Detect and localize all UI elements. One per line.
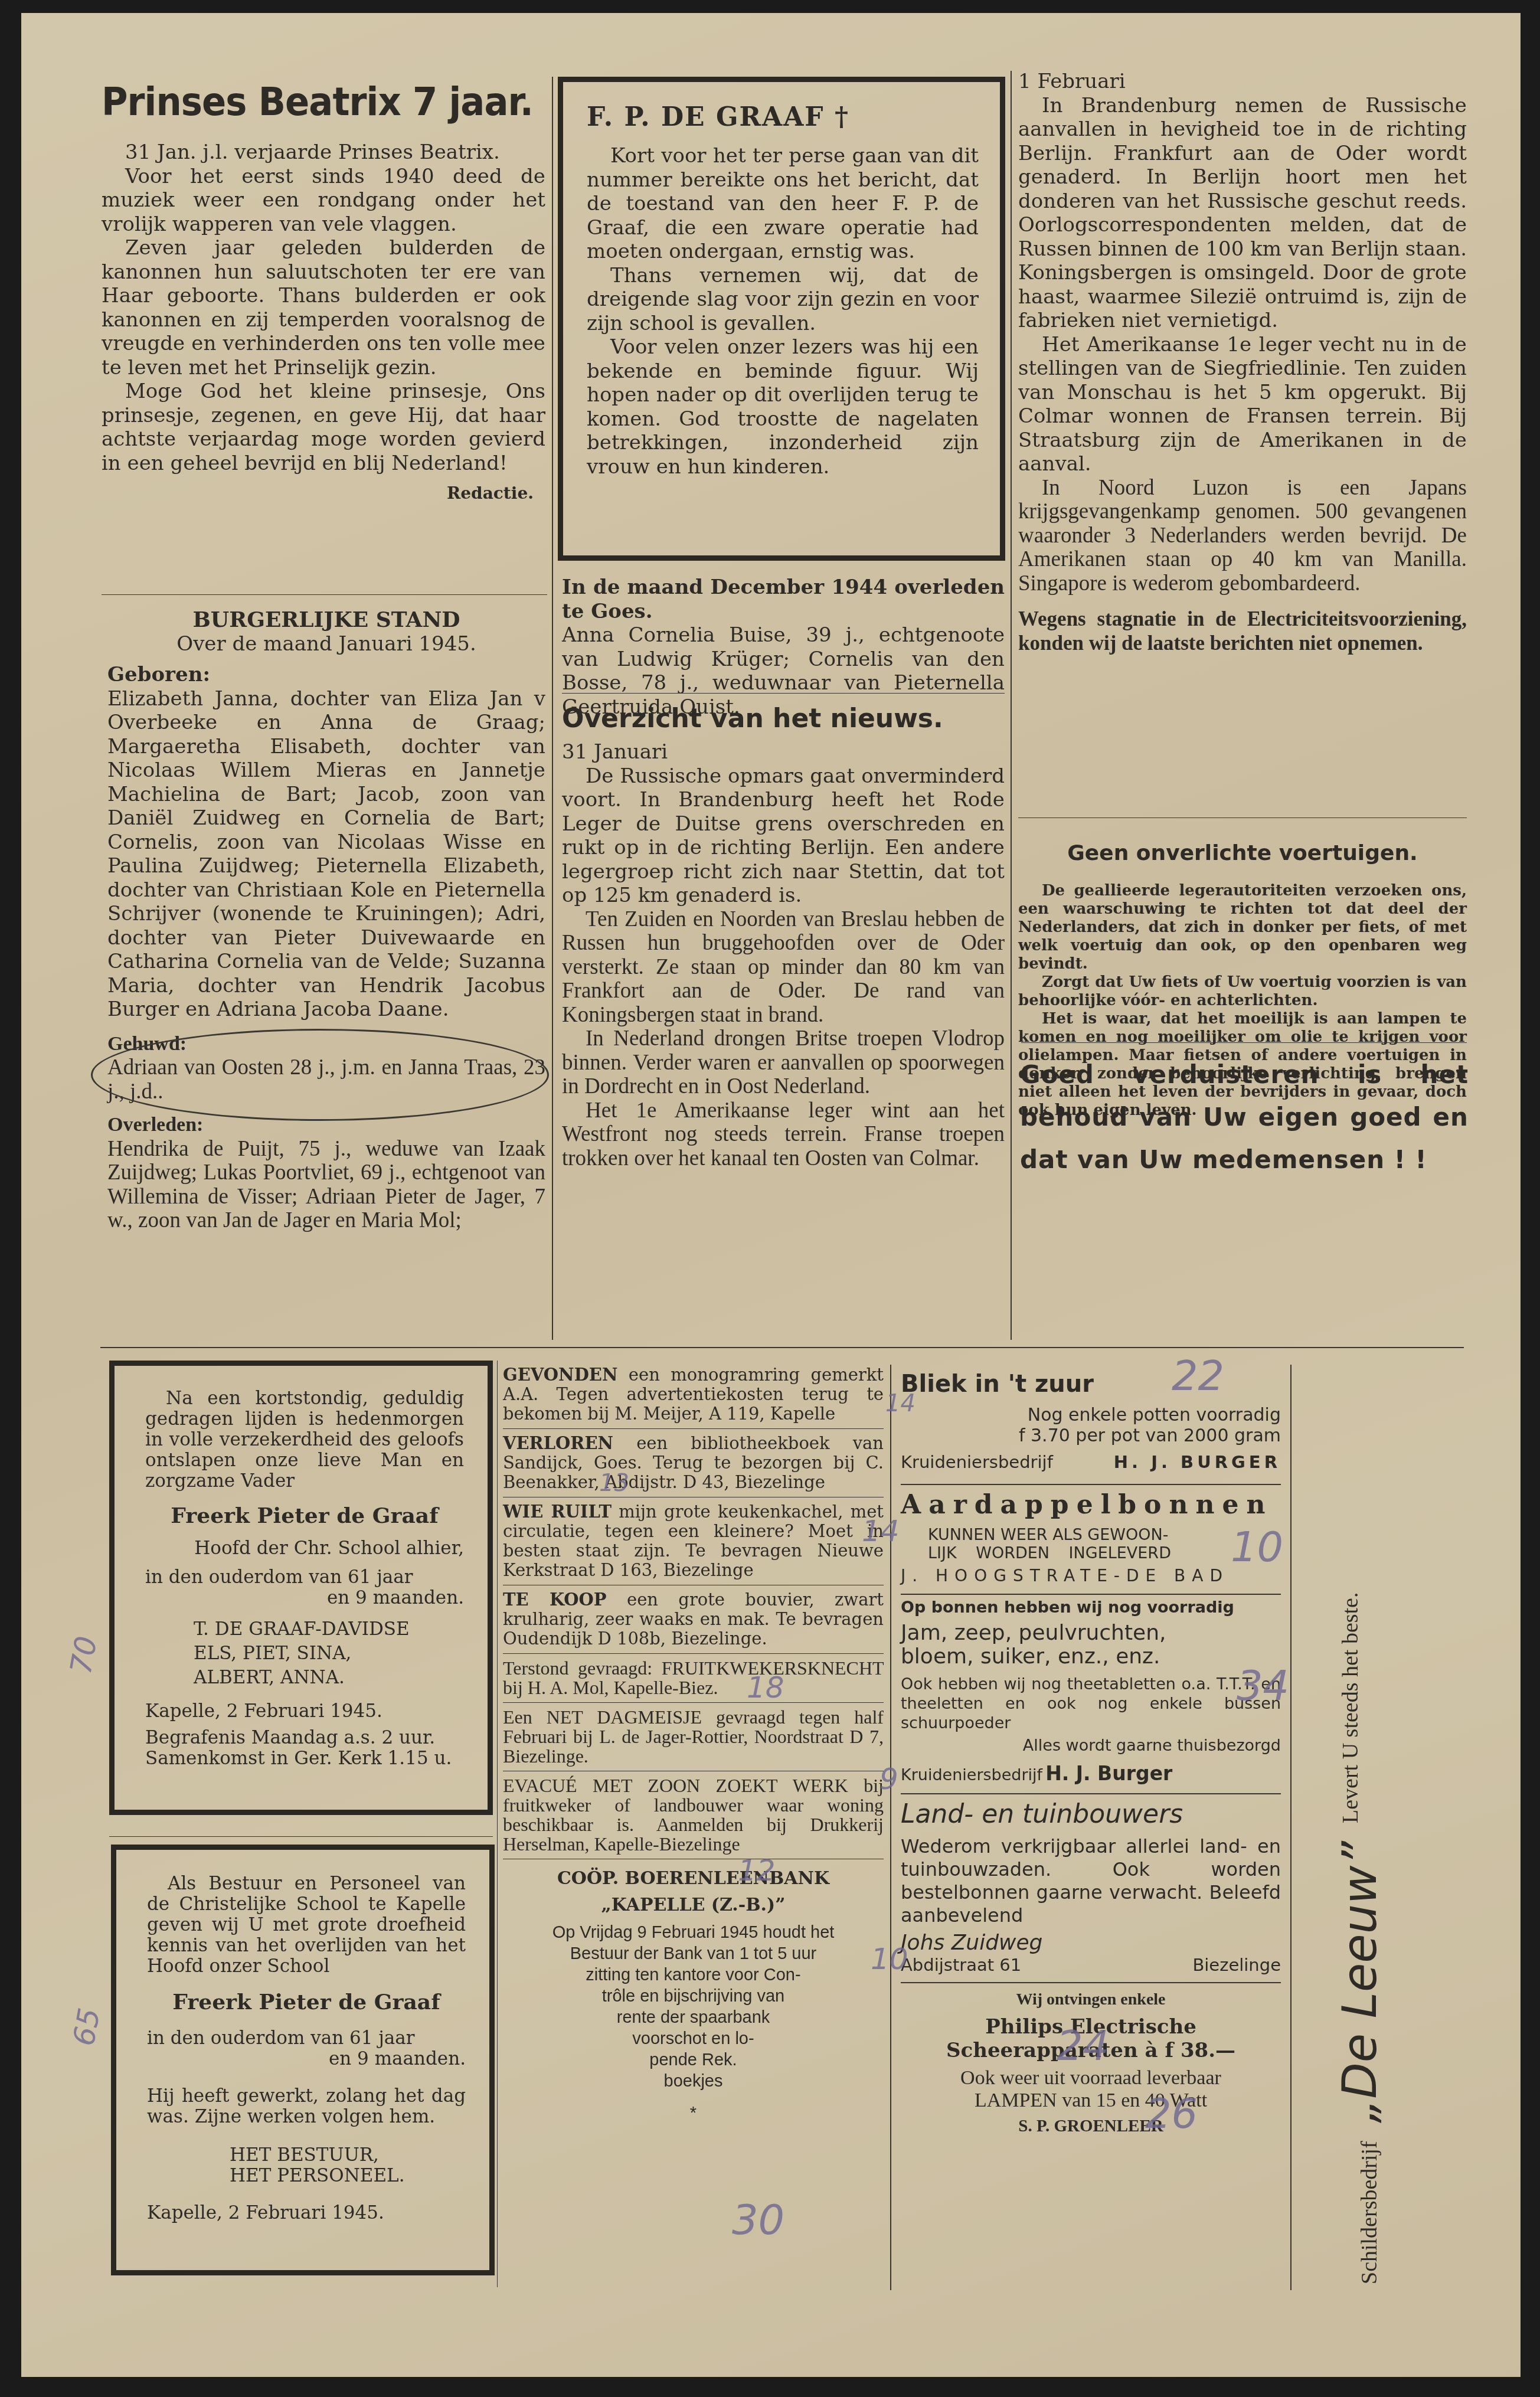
death-ad-family: Na een kortstondig, geduldig gedragen li… <box>109 1361 493 1815</box>
classified-lead: VERLOREN <box>503 1433 613 1453</box>
place-date: Kapelle, 2 Februari 1945. <box>147 2203 466 2223</box>
news-paragraph: Ten Zuiden en Noorden van Breslau hebben… <box>562 908 1005 1028</box>
news-date: 1 Februari <box>1018 70 1467 94</box>
geboren-label: Geboren: <box>107 663 545 687</box>
classified-lead: TE KOOP <box>503 1590 607 1610</box>
section-divider <box>1021 1042 1467 1043</box>
article-beatrix: Prinses Beatrix 7 jaar. 31 Jan. j.l. ver… <box>102 76 545 503</box>
memorial-quote: Hij heeft gewerkt, zolang het dag was. Z… <box>147 2086 466 2127</box>
deceased-role: Hoofd der Chr. School alhier, <box>145 1538 464 1559</box>
article-december-deaths: In de maand December 1944 overleden te G… <box>562 575 1005 719</box>
classified-ad: TE KOOP een grote bouvier, zwart krulhar… <box>503 1585 884 1654</box>
graaf-paragraph: Kort voor het ter perse gaan van dit num… <box>587 144 979 264</box>
deceased-age-months: en 9 maanden. <box>145 1588 464 1608</box>
pencil-annotation: 10 <box>871 1942 908 1976</box>
hoogstrate-ad-title: Aardappelbonnen <box>901 1490 1281 1520</box>
bank-line: rente der spaarbank <box>503 2007 884 2028</box>
beatrix-headline: Prinses Beatrix 7 jaar. <box>102 76 510 129</box>
deceased-name: Freerk Pieter de Graaf <box>147 1992 466 2013</box>
classified-lead: Terstond gevraagd: FRUITKWEKERSKNECHT <box>503 1657 884 1679</box>
beatrix-signature: Redactie. <box>102 483 545 503</box>
bank-line: Op Vrijdag 9 Februari 1945 houdt het <box>503 1922 884 1943</box>
zuidweg-ad-text: Wederom verkrijgbaar allerlei land- en t… <box>901 1835 1281 1927</box>
deceased-name: Freerk Pieter de Graaf <box>145 1506 464 1526</box>
pencil-annotation: 26 <box>1145 2089 1198 2138</box>
news-paragraph: In Brandenburg nemen de Russische aanval… <box>1018 94 1467 333</box>
signatories: HET PERSONEEL. <box>147 2166 466 2186</box>
article-burgerlijke-stand: BURGERLIJKE STAND Over de maand Januari … <box>107 608 545 1233</box>
groenleer-ad-sign: S. P. GROENLEER <box>901 2117 1281 2136</box>
beatrix-paragraph: Voor het eerst sinds 1940 deed de muziek… <box>102 165 545 237</box>
news-paragraph: In Noord Luzon is een Japans krijgsgevan… <box>1018 476 1467 596</box>
classified-ad: WIE RUILT mijn grote keukenkachel, met c… <box>503 1497 884 1585</box>
geboren-text: Elizabeth Janna, dochter van Eliza Jan v… <box>107 687 545 1022</box>
classified-ad: EVACUÉ MET ZOON ZOEKT WERK bij fruitkwek… <box>503 1771 884 1859</box>
column-divider <box>552 77 553 1340</box>
graaf-paragraph: Voor velen onzer lezers was hij een beke… <box>587 335 979 479</box>
article-news: Overzicht van het nieuws. 31 Januari De … <box>562 701 1005 1170</box>
zuidweg-ad-name: Johs Zuidweg <box>901 1931 1281 1955</box>
pencil-annotation: 65 <box>67 2006 107 2049</box>
burger-ad-line: f 3.70 per pot van 2000 gram <box>901 1425 1281 1446</box>
hoogstrate-ad: Aardappelbonnen KUNNEN WEER ALS GEWOON- … <box>901 1485 1281 1585</box>
pencil-annotation: 24 <box>1057 2022 1109 2070</box>
burger-ad-name: H. J. BURGER <box>1114 1452 1281 1472</box>
section-divider <box>562 693 1005 694</box>
classifieds-column: GEVONDEN een monogramring gemerkt A.A. T… <box>503 1361 884 2124</box>
bank-line: pende Rek. <box>503 2049 884 2071</box>
leeuw-ad-slogan: Levert U steeds het beste. <box>1338 1592 1405 1823</box>
news-paragraph: Het Amerikaanse 1e leger vecht nu in de … <box>1018 333 1467 476</box>
bank-line: voorschot en lo- <box>503 2028 884 2049</box>
classified-ad: GEVONDEN een monogramring gemerkt A.A. T… <box>503 1361 884 1429</box>
section-divider <box>100 1347 1464 1348</box>
burger-ad-2-name: H. J. Burger <box>1045 1762 1172 1785</box>
burger-ad-2-delivery: Alles wordt gaarne thuisbezorgd <box>901 1737 1281 1755</box>
news-paragraph: Het 1e Amerikaanse leger wint aan het We… <box>562 1099 1005 1171</box>
pencil-annotation: 34 <box>1237 1662 1289 1710</box>
vehicles-paragraph: De geallieerde legerautoriteiten verzoek… <box>1018 882 1467 973</box>
groenleer-ad-line: Ook weer uit voorraad leverbaar <box>901 2067 1281 2089</box>
groenleer-ad-line: LAMPEN van 15 en 40 Watt <box>901 2089 1281 2112</box>
pencil-annotation: 12 <box>738 1853 776 1888</box>
deceased-age: in den ouderdom van 61 jaar <box>147 2028 466 2049</box>
pencil-annotation: 30 <box>732 2196 784 2244</box>
zuidweg-ad-title: Land- en tuinbouwers <box>901 1799 1281 1829</box>
death-ad-intro: Als Bestuur en Personeel van de Christel… <box>147 1873 466 1977</box>
pencil-annotation: 10 <box>1231 1523 1283 1571</box>
news-paragraph: De Russische opmars gaat onverminderd vo… <box>562 764 1005 908</box>
bank-title: COÖP. BOERENLEENBANK <box>503 1869 884 1888</box>
death-ad-school: Als Bestuur en Personeel van de Christel… <box>111 1845 495 2275</box>
beatrix-paragraph: 31 Jan. j.l. verjaarde Prinses Beatrix. <box>102 140 545 165</box>
bank-line: zitting ten kantore voor Con- <box>503 1964 884 1986</box>
burger-ad-line: Nog enkele potten voorradig <box>901 1405 1281 1425</box>
pencil-annotation: 14 <box>862 1514 900 1548</box>
deceased-age-months: en 9 maanden. <box>147 2049 466 2069</box>
bank-line: Bestuur der Bank van 1 tot 5 uur <box>503 1943 884 1964</box>
vehicles-title: Geen onverlichte voertuigen. <box>1018 841 1467 865</box>
column-divider <box>1011 71 1012 1340</box>
graaf-paragraph: Thans vernemen wij, dat de dreigende sla… <box>587 264 979 336</box>
funeral-info: Begrafenis Maandag a.s. 2 uur. <box>145 1728 464 1748</box>
family-names: ELS, PIET, SINA, <box>145 1643 464 1664</box>
section-divider <box>1018 817 1467 818</box>
burgerlijke-stand-title: BURGERLIJKE STAND <box>107 608 545 632</box>
leeuw-ad-name: „De Leeuw” <box>1332 1841 1405 2123</box>
classified-ad: Een NET DAGMEISJE gevraagd tegen half Fe… <box>503 1703 884 1771</box>
classified-lead: GEVONDEN <box>503 1365 617 1385</box>
deceased-age: in den ouderdom van 61 jaar <box>145 1567 464 1588</box>
zuidweg-ad-address: Abdijstraat 61 <box>901 1955 1021 1975</box>
column-divider <box>497 1361 498 2287</box>
news-title: Overzicht van het nieuws. <box>562 701 1005 737</box>
beatrix-paragraph: Moge God het kleine prinsesje, Ons prins… <box>102 380 545 475</box>
classified-ad: Terstond gevraagd: FRUITKWEKERSKNECHT bi… <box>503 1654 884 1703</box>
classified-ad: VERLOREN een bibliotheekboek van Sandijc… <box>503 1429 884 1497</box>
article-news-continued: 1 Februari In Brandenburg nemen de Russi… <box>1018 70 1467 655</box>
news-date: 31 Januari <box>562 740 1005 764</box>
family-names: T. DE GRAAF-DAVIDSE <box>145 1619 464 1640</box>
pencil-circle <box>91 1029 549 1121</box>
hoogstrate-ad-line: LIJK WORDEN INGELEVERD <box>901 1544 1281 1562</box>
graaf-notice-title: F. P. DE GRAAF † <box>587 102 979 132</box>
news-electricity-notice: Wegens stagnatie in de Electriciteitsvoo… <box>1018 607 1467 655</box>
burger-ad-2-title: Op bonnen hebben wij nog voorradig <box>901 1598 1281 1617</box>
bank-line: trôle en bijschrijving van <box>503 1986 884 2007</box>
death-ad-intro: Na een kortstondig, geduldig gedragen li… <box>145 1388 464 1492</box>
pencil-annotation: 13 <box>599 1470 629 1497</box>
bank-title: „KAPELLE (Z.-B.)” <box>503 1895 884 1915</box>
pencil-annotation: 9 <box>879 1762 898 1796</box>
classified-lead: WIE RUILT <box>503 1502 612 1522</box>
funeral-info: Samenkomst in Ger. Kerk 1.15 u. <box>145 1748 464 1769</box>
overleden-text: Hendrika de Puijt, 75 j., weduwe van Iza… <box>107 1137 545 1233</box>
burger-ad-2-items: Jam, zeep, peulvruchten, bloem, suiker, … <box>901 1621 1197 1669</box>
bank-line: boekjes <box>503 2071 884 2092</box>
december-deaths-title: In de maand December 1944 overleden te G… <box>562 575 1005 623</box>
pencil-annotation: 18 <box>747 1670 784 1705</box>
leeuw-ad-prefix: Schildersbedrijf <box>1356 2141 1405 2284</box>
burger-ad-2-prefix: Kruideniersbedrijf <box>901 1766 1042 1784</box>
family-names: ALBERT, ANNA. <box>145 1667 464 1688</box>
bank-star: * <box>503 2102 884 2124</box>
news-paragraph: In Nederland drongen Britse troepen Vlod… <box>562 1027 1005 1099</box>
burgerlijke-stand-subtitle: Over de maand Januari 1945. <box>107 632 545 656</box>
pencil-annotation: 70 <box>64 1634 104 1677</box>
classified-lead: Een NET DAGMEISJE <box>503 1706 702 1728</box>
blackout-slogan: Goed verduisteren is het behoud van Uw e… <box>1020 1054 1469 1181</box>
signatories: HET BESTUUR, <box>147 2145 466 2166</box>
burger-ad-prefix: Kruideniersbedrijf <box>901 1452 1053 1472</box>
shop-ads-column: Bliek in 't zuur Nog enkele potten voorr… <box>890 1365 1291 2290</box>
zuidweg-ad: Land- en tuinbouwers Wederom verkrijgbaa… <box>901 1794 1281 1975</box>
pencil-annotation: 14 <box>885 1390 916 1417</box>
burger-ad-2-text: Ook hebben wij nog theetabletten o.a. T.… <box>901 1675 1281 1733</box>
pencil-annotation: 22 <box>1172 1352 1224 1400</box>
burger-ad-2: Op bonnen hebben wij nog voorradig Jam, … <box>901 1595 1281 1785</box>
vehicles-paragraph: Zorgt dat Uw fiets of Uw voertuig voorzi… <box>1018 973 1467 1010</box>
classified-text: bij H. A. Mol, Kapelle-Biez. <box>503 1677 718 1698</box>
zuidweg-ad-town: Biezelinge <box>1192 1955 1281 1975</box>
bank-notice: COÖP. BOERENLEENBANK „KAPELLE (Z.-B.)” O… <box>503 1859 884 2124</box>
groenleer-ad-intro: Wij ontvingen enkele <box>901 1990 1281 2009</box>
hoogstrate-ad-line: KUNNEN WEER ALS GEWOON- <box>901 1526 1281 1544</box>
classified-lead: EVACUÉ MET ZOON ZOEKT WERK <box>503 1775 848 1796</box>
place-date: Kapelle, 2 Februari 1945. <box>145 1701 464 1722</box>
leeuw-ad: Schildersbedrijf „De Leeuw” Levert U ste… <box>1299 1352 1405 2284</box>
hoogstrate-ad-sign: J. HOOGSTRATE-DE BAD <box>901 1566 1281 1585</box>
section-divider <box>102 594 547 595</box>
beatrix-paragraph: Zeven jaar geleden bulderden de kanonnen… <box>102 236 545 380</box>
section-divider <box>109 1836 493 1837</box>
graaf-notice-box: F. P. DE GRAAF † Kort voor het ter perse… <box>558 77 1005 561</box>
